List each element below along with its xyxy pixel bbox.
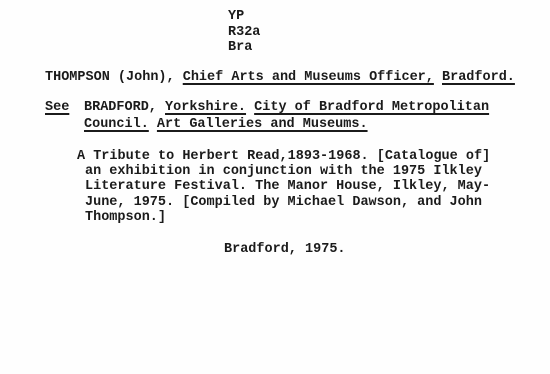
text-segment xyxy=(434,70,442,85)
call-number-line: R32a xyxy=(228,25,260,41)
underlined-text-segment: Bradford. xyxy=(442,70,515,85)
description-line: June, 1975. [Compiled by Michael Dawson,… xyxy=(77,195,490,210)
text-segment xyxy=(149,117,157,132)
underlined-text-segment: Art Galleries and Museums. xyxy=(157,117,368,132)
call-number-line: YP xyxy=(228,9,260,25)
description-line: Thompson.] xyxy=(77,210,490,225)
call-number: YPR32aBra xyxy=(228,9,260,56)
text-segment xyxy=(246,100,254,115)
underlined-text-segment: Yorkshire. xyxy=(165,100,246,115)
description-line: A Tribute to Herbert Read,1893-1968. [Ca… xyxy=(77,149,490,164)
underlined-text-segment: Chief Arts and Museums Officer, xyxy=(183,70,434,85)
call-number-line: Bra xyxy=(228,40,260,56)
text-segment: BRADFORD, xyxy=(84,100,165,115)
catalogue-card: YPR32aBra THOMPSON (John), Chief Arts an… xyxy=(0,0,550,374)
see-label: See xyxy=(45,100,69,117)
imprint-line: Bradford, 1975. xyxy=(224,242,346,258)
see-reference-line: BRADFORD, Yorkshire. City of Bradford Me… xyxy=(84,100,489,117)
description-line: Literature Festival. The Manor House, Il… xyxy=(77,179,490,194)
description-line: an exhibition in conjunction with the 19… xyxy=(77,164,490,179)
text-segment: THOMPSON (John), xyxy=(45,70,183,85)
underlined-text-segment: City of Bradford Metropolitan xyxy=(254,100,489,115)
see-reference: BRADFORD, Yorkshire. City of Bradford Me… xyxy=(84,100,489,133)
see-reference-line: Council. Art Galleries and Museums. xyxy=(84,117,489,134)
description-paragraph: A Tribute to Herbert Read,1893-1968. [Ca… xyxy=(77,149,490,225)
underlined-text-segment: Council. xyxy=(84,117,149,132)
heading-entry: THOMPSON (John), Chief Arts and Museums … xyxy=(45,70,515,86)
